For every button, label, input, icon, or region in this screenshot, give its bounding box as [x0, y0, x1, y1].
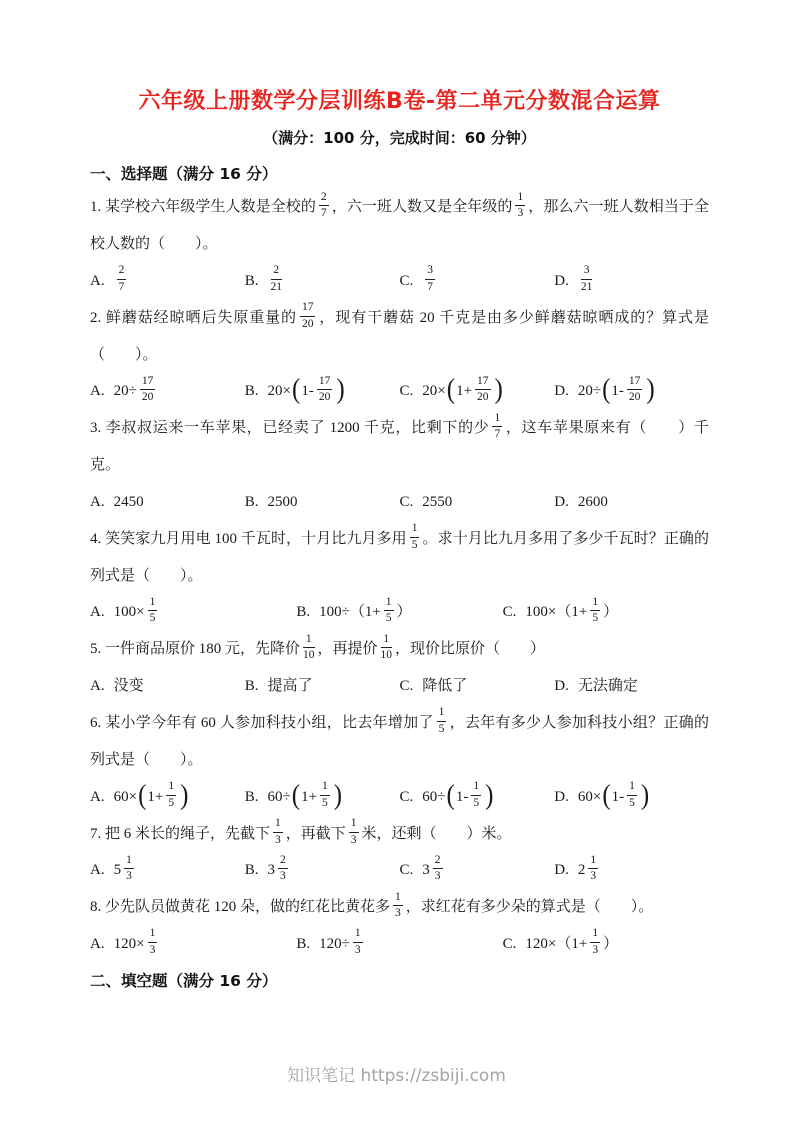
- fraction: 13: [148, 927, 158, 958]
- option-label: B.: [245, 263, 259, 300]
- text-run: ）: [603, 926, 618, 963]
- question-stem: 4. 笑笑家九月用电 100 千瓦时，十月比九月多用15。求十月比九月多用了多少…: [90, 521, 709, 595]
- text-run: 1+: [147, 779, 163, 816]
- fraction-numerator: 1: [384, 596, 394, 612]
- question-stem: 6. 某小学今年有 60 人参加科技小组，比去年增加了15，去年有多少人参加科技…: [90, 705, 709, 779]
- fraction-denominator: 3: [353, 943, 363, 958]
- sections-container: 一、选择题（满分 16 分）1. 某学校六年级学生人数是全校的27，六一班人数又…: [90, 160, 709, 997]
- option-label: D.: [554, 263, 569, 300]
- options-row: A.60×(1+15)B.60÷(1+15)C.60÷(1-15)D.60×(1…: [90, 779, 709, 816]
- fraction: 13: [349, 817, 359, 848]
- question-stem: 1. 某学校六年级学生人数是全校的27，六一班人数又是全年级的13，那么六一班人…: [90, 189, 709, 263]
- fraction-numerator: 2: [433, 854, 443, 870]
- text-run: 1-: [301, 373, 314, 410]
- paren-glyph: (: [292, 781, 300, 810]
- text-run: ，现价比原价（ ）: [395, 641, 545, 657]
- option-item: D.60×(1-15): [554, 779, 709, 816]
- paren-glyph: ): [334, 781, 342, 810]
- question-item: 3. 李叔叔运来一车苹果，已经卖了 1200 千克，比剩下的少17，这车苹果原来…: [90, 410, 709, 521]
- options-row: A.2450B.2500C.2550D.2600: [90, 484, 709, 521]
- fraction-denominator: 3: [588, 869, 598, 884]
- section-heading: 一、选择题（满分 16 分）: [90, 160, 709, 189]
- question-stem: 7. 把 6 米长的绳子，先截下13，再截下13米，还剩（ ）米。: [90, 816, 709, 853]
- text-run: 100×: [114, 594, 145, 631]
- paren-glyph: ): [180, 781, 188, 810]
- fraction: 13: [393, 891, 403, 922]
- text-run: 2600: [578, 484, 608, 521]
- fraction: 15: [627, 780, 637, 811]
- fraction: 15: [148, 596, 158, 627]
- section-2: 二、填空题（满分 16 分）: [90, 967, 709, 996]
- text-run: 3: [268, 852, 276, 889]
- fraction-denominator: 5: [148, 611, 158, 626]
- fraction-denominator: 20: [317, 390, 333, 405]
- question-stem: 5. 一件商品原价 180 元，先降价110，再提价110，现价比原价（ ）: [90, 631, 709, 668]
- fraction: 17: [492, 412, 502, 443]
- text-run: 120×（1+: [525, 926, 587, 963]
- option-item: D.321: [554, 263, 709, 300]
- option-label: C.: [400, 263, 414, 300]
- option-item: B.提高了: [245, 668, 400, 705]
- text-run: 7. 把 6 米长的绳子，先截下: [90, 826, 270, 842]
- option-item: A.100×15: [90, 594, 296, 631]
- fraction-numerator: 17: [140, 375, 156, 391]
- text-run: 2. 鲜蘑菇经晾晒后失原重量的: [90, 310, 297, 326]
- fraction-numerator: 1: [627, 780, 637, 796]
- option-label: A.: [90, 263, 105, 300]
- fraction-denominator: 7: [425, 280, 435, 295]
- option-item: B.100÷（1+15）: [296, 594, 502, 631]
- fraction-numerator: 1: [381, 633, 393, 649]
- option-label: B.: [245, 668, 259, 705]
- text-run: 1-: [611, 373, 624, 410]
- text-run: 8. 少先队员做黄花 120 朵，做的红花比黄花多: [90, 899, 390, 915]
- fraction-denominator: 5: [437, 722, 447, 737]
- fraction-denominator: 5: [590, 611, 600, 626]
- fraction-denominator: 3: [273, 833, 283, 848]
- text-run: 1+: [456, 373, 472, 410]
- option-item: D.20÷(1-1720): [554, 373, 709, 410]
- fraction: 1720: [140, 375, 156, 406]
- text-run: 6. 某小学今年有 60 人参加科技小组，比去年增加了: [90, 715, 434, 731]
- question-stem: 8. 少先队员做黄花 120 朵，做的红花比黄花多13，求红花有多少朵的算式是（…: [90, 889, 709, 926]
- option-label: A.: [90, 852, 105, 889]
- text-run: 100÷（1+: [319, 594, 381, 631]
- question-item: 4. 笑笑家九月用电 100 千瓦时，十月比九月多用15。求十月比九月多用了多少…: [90, 521, 709, 632]
- option-label: D.: [554, 668, 569, 705]
- paren-glyph: ): [646, 375, 654, 404]
- fraction-numerator: 1: [590, 596, 600, 612]
- paren-glyph: ): [641, 781, 649, 810]
- fraction-denominator: 21: [271, 280, 283, 295]
- fraction-numerator: 1: [410, 522, 420, 538]
- option-label: B.: [245, 484, 259, 521]
- text-run: 20÷: [114, 373, 137, 410]
- fraction-denominator: 5: [320, 796, 330, 811]
- option-label: A.: [90, 668, 105, 705]
- fraction: 15: [410, 522, 420, 553]
- option-label: D.: [554, 779, 569, 816]
- fraction-denominator: 5: [410, 538, 420, 553]
- fraction: 15: [320, 780, 330, 811]
- option-item: C.降低了: [400, 668, 555, 705]
- paren-glyph: (: [292, 375, 300, 404]
- text-run: 2: [578, 852, 586, 889]
- question-item: 6. 某小学今年有 60 人参加科技小组，比去年增加了15，去年有多少人参加科技…: [90, 705, 709, 816]
- fraction: 13: [273, 817, 283, 848]
- option-item: A.2450: [90, 484, 245, 521]
- fraction-numerator: 17: [317, 375, 333, 391]
- option-label: C.: [400, 373, 414, 410]
- question-item: 7. 把 6 米长的绳子，先截下13，再截下13米，还剩（ ）米。A.513B.…: [90, 816, 709, 890]
- fraction-numerator: 1: [492, 412, 502, 428]
- option-item: B.221: [245, 263, 400, 300]
- option-label: C.: [503, 926, 517, 963]
- option-label: D.: [554, 852, 569, 889]
- fraction-denominator: 7: [319, 206, 329, 221]
- option-label: A.: [90, 594, 105, 631]
- fraction: 13: [124, 854, 134, 885]
- fraction: 15: [384, 596, 394, 627]
- question-stem: 2. 鲜蘑菇经晾晒后失原重量的1720，现有干蘑菇 20 千克是由多少鲜蘑菇晾晒…: [90, 300, 709, 374]
- fraction-numerator: 3: [425, 264, 435, 280]
- fraction-numerator: 1: [166, 780, 176, 796]
- document-page: 六年级上册数学分层训练B卷-第二单元分数混合运算 （满分：100 分，完成时间：…: [0, 0, 793, 1122]
- fraction: 15: [590, 596, 600, 627]
- text-run: 60×: [578, 779, 601, 816]
- option-item: B.323: [245, 852, 400, 889]
- fraction: 15: [166, 780, 176, 811]
- option-item: B.120÷13: [296, 926, 502, 963]
- fraction-denominator: 5: [627, 796, 637, 811]
- text-run: 5. 一件商品原价 180 元，先降价: [90, 641, 300, 657]
- option-label: C.: [400, 484, 414, 521]
- fraction-denominator: 3: [590, 943, 600, 958]
- fraction-denominator: 3: [148, 943, 158, 958]
- option-item: C.100×（1+15）: [503, 594, 709, 631]
- fraction-numerator: 1: [393, 891, 403, 907]
- options-row: A.27B.221C.37D.321: [90, 263, 709, 300]
- fraction: 13: [353, 927, 363, 958]
- fraction: 13: [590, 927, 600, 958]
- fraction-denominator: 10: [381, 648, 393, 663]
- option-label: B.: [245, 852, 259, 889]
- text-run: 1. 某学校六年级学生人数是全校的: [90, 199, 316, 215]
- text-run: 60÷: [268, 779, 291, 816]
- options-row: A.120×13B.120÷13C.120×（1+13）: [90, 926, 709, 963]
- fraction-denominator: 20: [140, 390, 156, 405]
- text-run: ，六一班人数又是全年级的: [332, 199, 513, 215]
- option-label: D.: [554, 484, 569, 521]
- fraction-denominator: 7: [117, 280, 127, 295]
- paren-glyph: (: [447, 781, 455, 810]
- option-item: D.2600: [554, 484, 709, 521]
- text-run: ，再截下: [286, 826, 346, 842]
- paren-glyph: (: [602, 781, 610, 810]
- option-item: B.2500: [245, 484, 400, 521]
- fraction: 23: [433, 854, 443, 885]
- options-row: A.20÷1720B.20×(1-1720)C.20×(1+1720)D.20÷…: [90, 373, 709, 410]
- fraction: 1720: [317, 375, 333, 406]
- fraction: 110: [303, 633, 315, 664]
- text-run: 20×: [422, 373, 445, 410]
- fraction-denominator: 3: [433, 869, 443, 884]
- option-item: A.27: [90, 263, 245, 300]
- option-item: A.120×13: [90, 926, 296, 963]
- text-run: 没变: [114, 668, 144, 705]
- text-run: 20×: [268, 373, 291, 410]
- score-time-info: （满分：100 分，完成时间：60 分钟）: [90, 126, 709, 150]
- fraction-numerator: 1: [471, 780, 481, 796]
- text-run: 1-: [612, 779, 625, 816]
- fraction: 1720: [627, 375, 643, 406]
- option-item: A.513: [90, 852, 245, 889]
- option-label: C.: [503, 594, 517, 631]
- option-label: B.: [296, 926, 310, 963]
- option-item: D.213: [554, 852, 709, 889]
- text-run: 20÷: [578, 373, 601, 410]
- fraction: 13: [588, 854, 598, 885]
- text-run: 3: [422, 852, 430, 889]
- fraction-denominator: 20: [300, 317, 316, 332]
- paren-glyph: ): [336, 375, 344, 404]
- text-run: 米，还剩（ ）米。: [362, 826, 512, 842]
- section-1: 一、选择题（满分 16 分）1. 某学校六年级学生人数是全校的27，六一班人数又…: [90, 160, 709, 963]
- paren-glyph: (: [447, 375, 455, 404]
- text-run: 100×（1+: [525, 594, 587, 631]
- text-run: 5: [114, 852, 122, 889]
- question-item: 8. 少先队员做黄花 120 朵，做的红花比黄花多13，求红花有多少朵的算式是（…: [90, 889, 709, 963]
- text-run: 60×: [114, 779, 137, 816]
- fraction-denominator: 5: [166, 796, 176, 811]
- option-label: B.: [296, 594, 310, 631]
- option-item: B.60÷(1+15): [245, 779, 400, 816]
- option-label: A.: [90, 484, 105, 521]
- fraction-numerator: 1: [124, 854, 134, 870]
- question-stem: 3. 李叔叔运来一车苹果，已经卖了 1200 千克，比剩下的少17，这车苹果原来…: [90, 410, 709, 484]
- paren-glyph: (: [138, 781, 146, 810]
- fraction-numerator: 1: [148, 596, 158, 612]
- option-label: A.: [90, 926, 105, 963]
- option-label: A.: [90, 779, 105, 816]
- fraction-denominator: 3: [349, 833, 359, 848]
- section-heading: 二、填空题（满分 16 分）: [90, 967, 709, 996]
- question-item: 5. 一件商品原价 180 元，先降价110，再提价110，现价比原价（ ）A.…: [90, 631, 709, 705]
- fraction-numerator: 2: [278, 854, 288, 870]
- option-item: C.60÷(1-15): [400, 779, 555, 816]
- fraction-denominator: 5: [384, 611, 394, 626]
- option-item: B.20×(1-1720): [245, 373, 400, 410]
- fraction: 15: [437, 706, 447, 737]
- text-run: 60÷: [422, 779, 445, 816]
- document-title: 六年级上册数学分层训练B卷-第二单元分数混合运算: [90, 86, 709, 118]
- fraction-numerator: 1: [590, 927, 600, 943]
- text-run: 2450: [114, 484, 144, 521]
- fraction-numerator: 1: [353, 927, 363, 943]
- site-footer: 知识笔记 https://zsbiji.com: [0, 1061, 793, 1086]
- fraction-denominator: 3: [124, 869, 134, 884]
- fraction: 27: [319, 191, 329, 222]
- fraction-denominator: 21: [581, 280, 593, 295]
- fraction: 321: [581, 264, 593, 295]
- text-run: 3. 李叔叔运来一车苹果，已经卖了 1200 千克，比剩下的少: [90, 420, 489, 436]
- fraction-numerator: 1: [515, 191, 525, 207]
- fraction-denominator: 7: [492, 427, 502, 442]
- option-item: C.2550: [400, 484, 555, 521]
- fraction-numerator: 1: [303, 633, 315, 649]
- option-item: C.120×（1+13）: [503, 926, 709, 963]
- text-run: 120×: [114, 926, 145, 963]
- fraction-numerator: 2: [271, 264, 283, 280]
- option-label: C.: [400, 852, 414, 889]
- fraction: 13: [515, 191, 525, 222]
- paren-glyph: (: [602, 375, 610, 404]
- paren-glyph: ): [495, 375, 503, 404]
- fraction-denominator: 20: [475, 390, 491, 405]
- fraction: 27: [117, 264, 127, 295]
- fraction-numerator: 17: [627, 375, 643, 391]
- fraction-numerator: 2: [117, 264, 127, 280]
- options-row: A.100×15B.100÷（1+15）C.100×（1+15）: [90, 594, 709, 631]
- fraction: 221: [271, 264, 283, 295]
- option-item: C.37: [400, 263, 555, 300]
- text-run: ）: [603, 594, 618, 631]
- text-run: ，再提价: [318, 641, 378, 657]
- fraction-numerator: 1: [320, 780, 330, 796]
- paren-glyph: ): [485, 781, 493, 810]
- option-item: A.20÷1720: [90, 373, 245, 410]
- option-label: C.: [400, 668, 414, 705]
- text-run: ）: [397, 594, 412, 631]
- options-row: A.没变B.提高了C.降低了D.无法确定: [90, 668, 709, 705]
- options-row: A.513B.323C.323D.213: [90, 852, 709, 889]
- fraction-denominator: 20: [627, 390, 643, 405]
- option-item: C.323: [400, 852, 555, 889]
- option-item: C.20×(1+1720): [400, 373, 555, 410]
- fraction-numerator: 1: [273, 817, 283, 833]
- text-run: 2550: [422, 484, 452, 521]
- fraction: 15: [471, 780, 481, 811]
- text-run: 1+: [301, 779, 317, 816]
- fraction-numerator: 1: [349, 817, 359, 833]
- fraction-numerator: 1: [588, 854, 598, 870]
- option-label: B.: [245, 779, 259, 816]
- question-item: 1. 某学校六年级学生人数是全校的27，六一班人数又是全年级的13，那么六一班人…: [90, 189, 709, 300]
- text-run: 提高了: [268, 668, 313, 705]
- text-run: 无法确定: [578, 668, 638, 705]
- fraction-numerator: 3: [581, 264, 593, 280]
- fraction: 37: [425, 264, 435, 295]
- option-label: A.: [90, 373, 105, 410]
- fraction-numerator: 1: [148, 927, 158, 943]
- text-run: 1-: [456, 779, 469, 816]
- fraction: 110: [381, 633, 393, 664]
- fraction-numerator: 1: [437, 706, 447, 722]
- text-run: 120÷: [319, 926, 350, 963]
- fraction-numerator: 17: [300, 301, 316, 317]
- option-label: D.: [554, 373, 569, 410]
- text-run: 4. 笑笑家九月用电 100 千瓦时，十月比九月多用: [90, 531, 407, 547]
- fraction: 1720: [300, 301, 316, 332]
- text-run: ，求红花有多少朵的算式是（ ）。: [406, 899, 654, 915]
- option-item: D.无法确定: [554, 668, 709, 705]
- fraction-denominator: 3: [278, 869, 288, 884]
- fraction: 23: [278, 854, 288, 885]
- option-label: C.: [400, 779, 414, 816]
- fraction-denominator: 3: [393, 906, 403, 921]
- fraction-denominator: 3: [515, 206, 525, 221]
- option-label: B.: [245, 373, 259, 410]
- fraction-numerator: 2: [319, 191, 329, 207]
- fraction: 1720: [475, 375, 491, 406]
- fraction-numerator: 17: [475, 375, 491, 391]
- question-item: 2. 鲜蘑菇经晾晒后失原重量的1720，现有干蘑菇 20 千克是由多少鲜蘑菇晾晒…: [90, 300, 709, 411]
- text-run: 2500: [268, 484, 298, 521]
- option-item: A.没变: [90, 668, 245, 705]
- text-run: 降低了: [422, 668, 467, 705]
- option-item: A.60×(1+15): [90, 779, 245, 816]
- fraction-denominator: 5: [471, 796, 481, 811]
- fraction-denominator: 10: [303, 648, 315, 663]
